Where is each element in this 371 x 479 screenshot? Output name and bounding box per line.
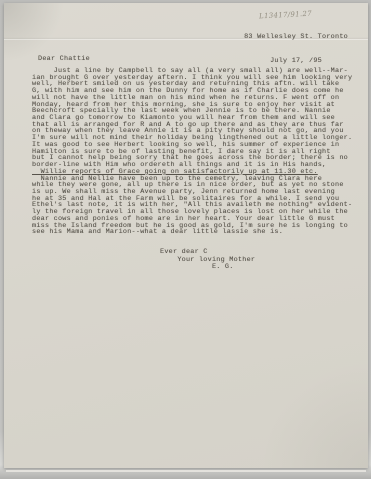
letter-paper: L13417/91.27 83 Wellesley St. Toronto Ju… [4, 3, 368, 468]
letterhead-date: July 17, /95 [244, 57, 348, 65]
paper-bottom-edge [6, 470, 366, 472]
letter-body: Just a line by Campbell to say all (a ve… [32, 68, 352, 236]
closing-line: E. G. [160, 264, 255, 272]
scanned-letter-background: L13417/91.27 83 Wellesley St. Toronto Ju… [0, 0, 371, 479]
closing-block: Ever dear C Your loving Mother E. G. [160, 249, 255, 272]
body-line: see his Mama and Marion--what a dear lit… [32, 229, 352, 236]
letterhead-address: 83 Wellesley St. Toronto [244, 33, 348, 41]
salutation: Dear Chattie [38, 55, 90, 63]
